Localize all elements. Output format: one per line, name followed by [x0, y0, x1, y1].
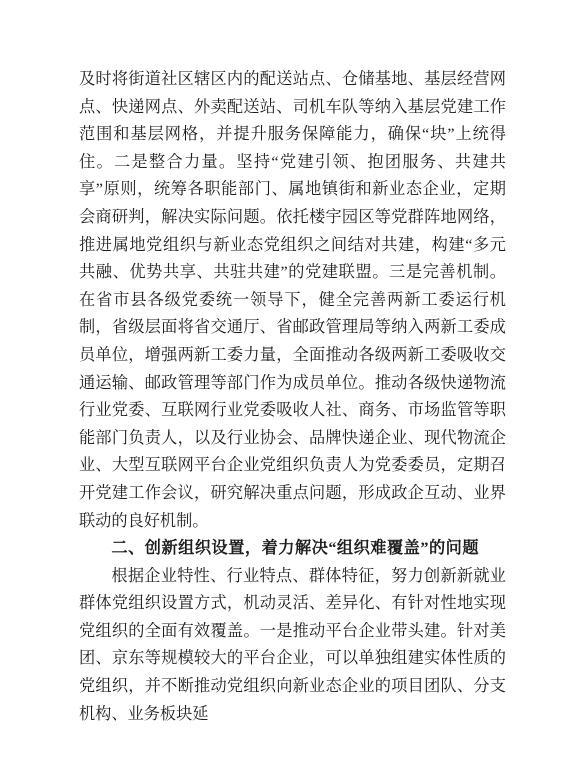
- paragraph-body-continuation: 及时将街道社区辖区内的配送站点、仓储基地、基层经营网点、快递网点、外卖配送站、司…: [79, 66, 506, 535]
- document-text-block: 及时将街道社区辖区内的配送站点、仓储基地、基层经营网点、快递网点、外卖配送站、司…: [79, 66, 506, 728]
- document-page: 及时将街道社区辖区内的配送站点、仓储基地、基层经营网点、快递网点、外卖配送站、司…: [0, 0, 586, 759]
- paragraph-body: 根据企业特性、行业特点、群体特征，努力创新新就业群体党组织设置方式，机动灵活、差…: [79, 563, 506, 729]
- section-heading: 二、创新组织设置，着力解决“组织难覆盖”的问题: [79, 535, 506, 563]
